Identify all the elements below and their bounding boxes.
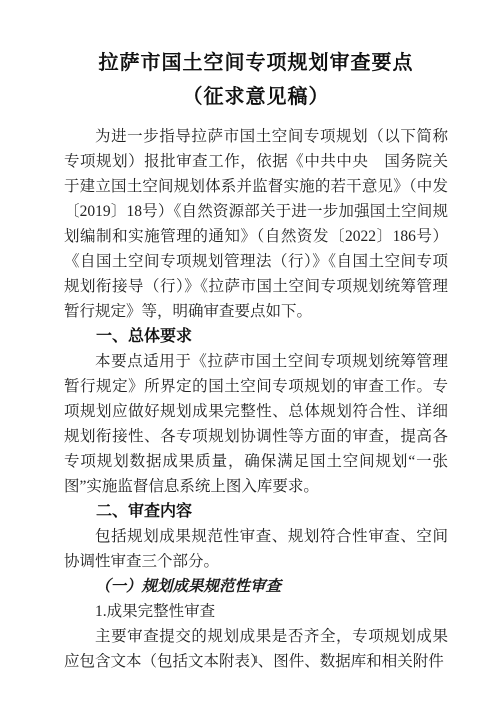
document-page: 拉萨市国土空间专项规划审查要点 （征求意见稿） 为进一步指导拉萨市国土空间专项规…: [0, 0, 500, 708]
document-title: 拉萨市国土空间专项规划审查要点: [64, 46, 448, 80]
clause-1-heading: 1.成果完整性审查: [64, 599, 448, 624]
section-1-paragraph: 本要点适用于《拉萨市国土空间专项规划统筹管理暂行规定》所界定的国土空间专项规划的…: [64, 349, 448, 499]
document-subtitle: （征求意见稿）: [64, 80, 448, 114]
intro-paragraph: 为进一步指导拉萨市国土空间专项规划（以下简称专项规划）报批审查工作，依据《中共中…: [64, 124, 448, 324]
section-2-heading: 二、审查内容: [64, 499, 448, 524]
section-2-paragraph: 包括规划成果规范性审查、规划符合性审查、空间协调性审查三个部分。: [64, 524, 448, 574]
clause-1-paragraph: 主要审查提交的规划成果是否齐全，专项规划成果应包含文本（包括文本附表）、图件、数…: [64, 624, 448, 674]
section-1-heading: 一、总体要求: [64, 324, 448, 349]
page-content: 拉萨市国土空间专项规划审查要点 （征求意见稿） 为进一步指导拉萨市国土空间专项规…: [0, 0, 500, 708]
page-number: 1: [64, 652, 448, 666]
subsection-1-heading: （一）规划成果规范性审查: [64, 574, 448, 599]
